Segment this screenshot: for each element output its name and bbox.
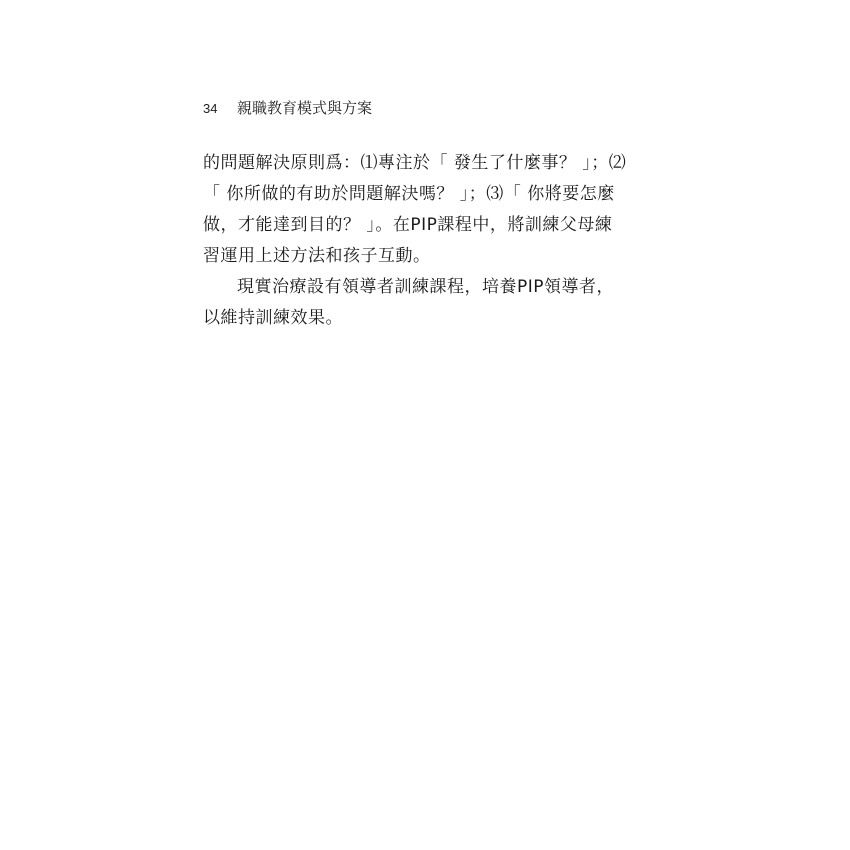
paragraph-line: 現實治療設有領導者訓練課程，培養PIP領導者，	[203, 272, 633, 303]
running-head: 34親職教育模式與方案	[203, 97, 372, 120]
body-text: 的問題解決原則爲：⑴專注於「 發生了什麼事？ 」；⑵ 「 你所做的有助於問題解決…	[203, 148, 633, 334]
paragraph-line: 習運用上述方法和孩子互動。	[203, 241, 633, 272]
book-title: 親職教育模式與方案	[237, 99, 372, 117]
paragraph-line: 以維持訓練效果。	[203, 303, 633, 334]
paragraph-line: 的問題解決原則爲：⑴專注於「 發生了什麼事？ 」；⑵	[203, 148, 633, 179]
paragraph-line: 「 你所做的有助於問題解決嗎？ 」；⑶「 你將要怎麼	[203, 179, 633, 210]
page-number: 34	[203, 98, 237, 120]
paragraph-line: 做，才能達到目的？ 」。在PIP課程中，將訓練父母練	[203, 210, 633, 241]
